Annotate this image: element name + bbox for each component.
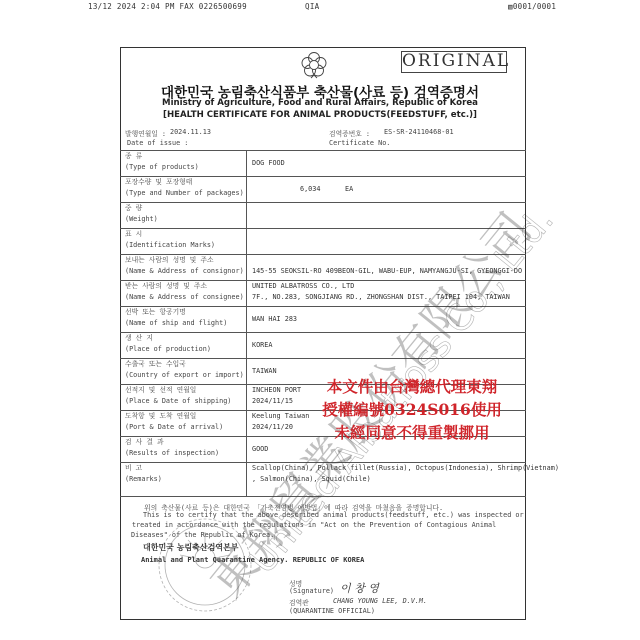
row-label-english: (Results of inspection) bbox=[125, 448, 219, 459]
row-label-english: (Weight) bbox=[125, 214, 158, 225]
authorization-line-2: 授權編號0324S016使用 bbox=[302, 400, 522, 420]
signature-handwriting: 이 창 영 bbox=[340, 580, 379, 596]
signature-label-en: (Signature) bbox=[289, 587, 334, 595]
row-label-english: (Country of export or import) bbox=[125, 370, 244, 381]
officer-name: CHANG YOUNG LEE, D.V.M. bbox=[333, 597, 427, 605]
row-label-english: (Name & Address of consignee) bbox=[125, 292, 244, 303]
issue-date-value: 2024.11.13 bbox=[170, 128, 211, 136]
table-row bbox=[120, 202, 526, 228]
row-label-english: (Type of products) bbox=[125, 162, 199, 173]
row-label-korean: 수출국 또는 수입국 bbox=[125, 359, 186, 370]
row-label-english: (Port & Date of arrival) bbox=[125, 422, 223, 433]
row-value: KOREA bbox=[252, 341, 272, 349]
fax-header-center: QIA bbox=[305, 2, 319, 11]
authorization-line-3: 未經同意不得重製挪用 bbox=[302, 423, 522, 443]
row-unit: EA bbox=[345, 185, 353, 193]
row-label-korean: 생 산 지 bbox=[125, 333, 153, 344]
row-label-english: (Place of production) bbox=[125, 344, 211, 355]
row-label-korean: 표 시 bbox=[125, 229, 142, 240]
row-value: 6,034 bbox=[300, 185, 320, 193]
cert-no-value: ES-SR-24110468-01 bbox=[384, 128, 454, 136]
row-value: GOOD bbox=[252, 445, 268, 453]
officer-label-en: (QUARANTINE OFFICIAL) bbox=[289, 607, 375, 615]
row-value: Keelung Taiwan bbox=[252, 412, 309, 420]
row-label-korean: 중 량 bbox=[125, 203, 142, 214]
cert-no-label-en: Certificate No. bbox=[329, 139, 390, 147]
row-label-korean: 받는 사람의 성명 및 주소 bbox=[125, 281, 207, 292]
row-label-english: (Name of ship and flight) bbox=[125, 318, 227, 329]
row-value: WAN HAI 283 bbox=[252, 315, 297, 323]
fax-header-left: 13/12 2024 2:04 PM FAX 0226500699 bbox=[88, 2, 247, 11]
authorization-line-1: 本文件由台灣總代理東翔 bbox=[302, 377, 522, 397]
row-value: TAIWAN bbox=[252, 367, 277, 375]
row-label-english: (Name & Address of consignor) bbox=[125, 266, 244, 277]
row-value: DOG FOOD bbox=[252, 159, 285, 167]
row-label-english: (Remarks) bbox=[125, 474, 162, 485]
title-ministry: Ministry of Agriculture, Food and Rural … bbox=[0, 98, 640, 108]
row-label-korean: 보내는 사람의 성명 및 주소 bbox=[125, 255, 214, 266]
row-label-english: (Identification Marks) bbox=[125, 240, 215, 251]
issue-date-label-en: Date of issue : bbox=[127, 139, 188, 147]
row-label-korean: 포장수량 및 포장형태 bbox=[125, 177, 192, 188]
row-label-korean: 선박 또는 항공기명 bbox=[125, 307, 186, 318]
row-value: UNITED ALBATROSS CO., LTD bbox=[252, 282, 354, 290]
row-value-secondary: 2024/11/15 bbox=[252, 397, 293, 405]
row-value: INCHEON PORT bbox=[252, 386, 301, 394]
issue-date-label-ko: 발행연월일 : bbox=[125, 128, 166, 138]
row-label-korean: 비 고 bbox=[125, 463, 142, 474]
korea-government-emblem-icon bbox=[300, 50, 328, 80]
fax-page-count: 0001/0001 bbox=[513, 2, 556, 11]
row-label-english: (Type and Number of packages) bbox=[125, 188, 244, 199]
row-label-english: (Place & Date of shipping) bbox=[125, 396, 231, 407]
officer-label-ko: 검역관 bbox=[289, 597, 309, 607]
row-label-korean: 검 사 결 과 bbox=[125, 437, 164, 448]
original-stamp: ORIGINAL bbox=[401, 51, 507, 73]
row-label-korean: 도착항 및 도착 연월일 bbox=[125, 411, 196, 422]
row-label-korean: 종 류 bbox=[125, 151, 142, 162]
row-label-korean: 선적지 및 선적 연월일 bbox=[125, 385, 196, 396]
row-value-secondary: 2024/11/20 bbox=[252, 423, 293, 431]
fax-header-right: ▧0001/0001 bbox=[508, 2, 556, 11]
title-certificate: [HEALTH CERTIFICATE FOR ANIMAL PRODUCTS(… bbox=[0, 110, 640, 120]
cert-no-label-ko: 검역증번호 : bbox=[329, 128, 370, 138]
